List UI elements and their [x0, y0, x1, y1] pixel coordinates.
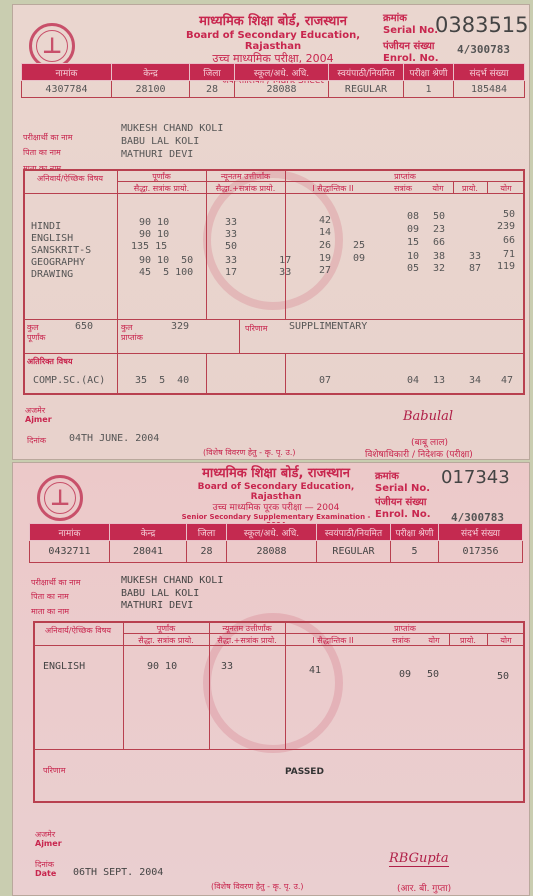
col-division: परीक्षा श्रेणी — [391, 524, 439, 541]
header-sessional: सत्रांक — [383, 183, 423, 194]
district-value: 28 — [187, 541, 227, 563]
mother-name-label: माता का नाम — [31, 606, 69, 617]
sessional-marks: 04 — [407, 375, 419, 386]
max-marks: 135 15 — [131, 241, 167, 252]
reference-value: 017356 — [439, 541, 523, 563]
grid-line — [239, 319, 240, 353]
max-marks: 35 5 40 — [135, 375, 189, 386]
header-min-sub: सैद्धा.+सत्रांक प्रायो. — [206, 183, 285, 194]
col-school: स्कूल/अधे. अधि. — [235, 64, 329, 81]
overleaf-note: (विशेष विवरण हेतु - कृ. पृ. उ.) — [211, 881, 304, 892]
serial-label: क्रमांक Serial No. — [375, 471, 430, 494]
candidate-name: MUKESH CHAND KOLI — [121, 575, 223, 586]
total-marks: 50 — [427, 669, 439, 680]
status-value: REGULAR — [317, 541, 391, 563]
mother-name: MATHURI DEVI — [121, 149, 193, 160]
candidate-header-table: नामांक केन्द्र जिला स्कूल/अधे. अधि. स्वय… — [29, 523, 523, 563]
header-practical: प्रायो. — [449, 635, 487, 646]
min-marks: 33 — [221, 661, 233, 672]
total-max-label: कुल पूर्णांक — [27, 323, 47, 342]
place-label: अजमेर Ajmer — [25, 407, 52, 425]
grid-line — [117, 319, 118, 353]
sessional-marks: 08 — [407, 211, 419, 222]
grand-total: 50 — [497, 671, 509, 682]
father-name-label: पिता का नाम — [23, 147, 61, 158]
header-max-marks: पूर्णांक — [117, 171, 206, 182]
subject-name: ENGLISH — [31, 233, 73, 244]
theory-marks-2: 25 — [353, 240, 365, 251]
subject-name: COMP.SC.(AC) — [33, 375, 105, 386]
header-min-pass: न्यूनतम उत्तीर्णांक — [206, 171, 285, 182]
theory-marks: 41 — [309, 665, 321, 676]
district-value: 28 — [190, 81, 235, 98]
min-marks: 33 — [225, 217, 237, 228]
roll-no-value: 4307784 — [22, 81, 112, 98]
min-marks: 50 — [225, 241, 237, 252]
header-max-marks: पूर्णांक — [123, 623, 209, 634]
candidate-name: MUKESH CHAND KOLI — [121, 123, 223, 134]
header-theory: I सैद्धान्तिक II — [293, 183, 373, 194]
header-total: योग — [419, 635, 449, 646]
max-marks: 45 5 100 — [139, 267, 193, 278]
grand-total: 239 — [497, 221, 515, 232]
theory-marks: 27 — [319, 265, 331, 276]
sessional-marks: 10 — [407, 251, 419, 262]
sessional-marks: 09 — [407, 224, 419, 235]
subject-name: ENGLISH — [43, 661, 85, 672]
signature: RBGupta — [389, 851, 449, 867]
theory-marks: 26 — [319, 240, 331, 251]
total-marks: 32 — [433, 263, 445, 274]
col-district: जिला — [187, 524, 227, 541]
board-name-hindi: माध्यमिक शिक्षा बोर्ड, राजस्थान — [163, 15, 383, 30]
header-theory: I सैद्धान्तिक II — [293, 635, 373, 646]
grand-total: 66 — [503, 235, 515, 246]
header-min-sub: सैद्धा.+सत्रांक प्रायो. — [209, 635, 285, 646]
division-value: 5 — [391, 541, 439, 563]
grand-total: 71 — [503, 249, 515, 260]
grid-line — [285, 169, 286, 319]
date-label-english: Date — [35, 870, 56, 879]
max-marks: 90 10 50 — [139, 255, 193, 266]
place-english: Ajmer — [35, 840, 62, 849]
col-status: स्वयंपाठी/नियमित — [329, 64, 404, 81]
serial-number: 017343 — [441, 467, 510, 488]
grand-total: 119 — [497, 261, 515, 272]
total-max-value: 650 — [75, 321, 93, 332]
serial-label-hindi: क्रमांक — [383, 13, 438, 25]
min-marks: 33 17 — [225, 255, 291, 266]
header-grand-total: योग — [487, 635, 525, 646]
sessional-marks: 05 — [407, 263, 419, 274]
header-obtained: प्राप्तांक — [285, 171, 525, 182]
header-practical: प्रायो. — [453, 183, 487, 194]
grid-line — [206, 353, 207, 395]
theory-marks: 19 — [319, 253, 331, 264]
header-sessional: सत्रांक — [383, 635, 419, 646]
col-centre: केन्द्र — [110, 524, 187, 541]
col-roll-no: नामांक — [30, 524, 110, 541]
grid-line — [23, 353, 525, 354]
place-english: Ajmer — [25, 416, 52, 425]
sessional-marks: 09 — [399, 669, 411, 680]
father-name: BABU LAL KOLI — [121, 588, 199, 599]
total-obtained-value: 329 — [171, 321, 189, 332]
status-value: REGULAR — [329, 81, 404, 98]
sessional-marks: 15 — [407, 237, 419, 248]
result-label: परिणाम — [245, 323, 268, 334]
signatory-title: विशेषाधिकारी / निदेशक (परीक्षा) — [365, 447, 473, 460]
school-value: 28088 — [235, 81, 329, 98]
header-max-sub: सैद्धा. सत्रांक प्रायो. — [123, 635, 209, 646]
exam-name-hindi: उच्च माध्यमिक पूरक परीक्षा — 2004 — [171, 503, 381, 513]
serial-label-english: Serial No. — [383, 25, 438, 37]
total-marks: 66 — [433, 237, 445, 248]
place-label: अजमेर Ajmer — [35, 831, 62, 849]
serial-number: 0383515 — [435, 13, 529, 37]
header-grand-total: योग — [487, 183, 525, 194]
reference-value: 185484 — [454, 81, 525, 98]
board-emblem-icon: ⊥ — [37, 475, 83, 521]
serial-label: क्रमांक Serial No. — [383, 13, 438, 36]
candidate-name-label: परीक्षार्थी का नाम — [23, 132, 72, 143]
mother-name: MATHURI DEVI — [121, 600, 193, 611]
candidate-header-table: नामांक केन्द्र जिला स्कूल/अधे. अधि. स्वय… — [21, 63, 525, 98]
issue-date: 04TH JUNE. 2004 — [69, 433, 159, 444]
marksheet-supplementary-exam: ⊥ माध्यमिक शिक्षा बोर्ड, राजस्थान Board … — [12, 462, 530, 896]
col-roll-no: नामांक — [22, 64, 112, 81]
max-marks: 90 10 — [147, 661, 177, 672]
subject-name: SANSKRIT-S — [31, 245, 91, 256]
practical-marks: 33 — [469, 251, 481, 262]
date-label: दिनांक — [27, 435, 46, 446]
school-value: 28088 — [227, 541, 317, 563]
total-obtained-label: कुल प्राप्तांक — [121, 323, 151, 342]
overleaf-note: (विशेष विवरण हेतु - कृ. पृ. उ.) — [203, 447, 296, 458]
col-reference: संदर्भ संख्या — [454, 64, 525, 81]
grand-total: 47 — [501, 375, 513, 386]
marks-table — [23, 169, 525, 395]
father-name-label: पिता का नाम — [31, 591, 69, 602]
grid-line — [285, 621, 286, 749]
board-name-english: Board of Secondary Education, Rajasthan — [171, 482, 381, 503]
result-value: SUPPLIMENTARY — [289, 321, 367, 332]
centre-value: 28100 — [112, 81, 190, 98]
date-label: दिनांक Date — [35, 861, 56, 879]
max-marks: 90 10 — [139, 229, 169, 240]
total-marks: 13 — [433, 375, 445, 386]
header-max-sub: सैद्धा. सत्रांक प्रायो. — [117, 183, 206, 194]
practical-marks: 87 — [469, 263, 481, 274]
grand-total: 50 — [503, 209, 515, 220]
enrol-label-hindi: पंजीयन संख्या — [375, 497, 431, 509]
min-marks: 17 33 — [225, 267, 291, 278]
result-value: PASSED — [285, 767, 324, 777]
theory-marks: 42 — [319, 215, 331, 226]
col-division: परीक्षा श्रेणी — [404, 64, 454, 81]
subject-name: GEOGRAPHY — [31, 257, 85, 268]
board-name-english: Board of Secondary Education, Rajasthan — [163, 30, 383, 53]
board-name-hindi: माध्यमिक शिक्षा बोर्ड, राजस्थान — [171, 467, 381, 482]
marks-table — [33, 621, 525, 803]
enrol-label-english: Enrol. No. — [375, 509, 431, 521]
col-reference: संदर्भ संख्या — [439, 524, 523, 541]
total-marks: 38 — [433, 251, 445, 262]
enrol-label-hindi: पंजीयन संख्या — [383, 41, 439, 53]
roll-no-value: 0432711 — [30, 541, 110, 563]
header-subject: अनिवार्य/ऐच्छिक विषय — [25, 173, 115, 184]
signatory-name: (आर. बी. गुप्ता) — [397, 881, 451, 894]
theory-marks: 07 — [319, 375, 331, 386]
serial-label-hindi: क्रमांक — [375, 471, 430, 483]
theory-marks-2: 09 — [353, 253, 365, 264]
theory-marks: 14 — [319, 227, 331, 238]
grid-line — [33, 749, 525, 750]
enrol-number: 4/300783 — [457, 43, 510, 56]
total-marks: 23 — [433, 224, 445, 235]
enrol-label: पंजीयन संख्या Enrol. No. — [375, 497, 431, 520]
col-status: स्वयंपाठी/नियमित — [317, 524, 391, 541]
issue-date: 06TH SEPT. 2004 — [73, 867, 163, 878]
col-centre: केन्द्र — [112, 64, 190, 81]
additional-subject-label: अतिरिक्त विषय — [27, 356, 73, 367]
candidate-name-label: परीक्षार्थी का नाम — [31, 577, 80, 588]
centre-value: 28041 — [110, 541, 187, 563]
header-subject: अनिवार्य/ऐच्छिक विषय — [35, 625, 121, 636]
grid-line — [285, 353, 286, 395]
header-obtained: प्राप्तांक — [285, 623, 525, 634]
col-school: स्कूल/अधे. अधि. — [227, 524, 317, 541]
header-total: योग — [423, 183, 453, 194]
min-marks: 33 — [225, 229, 237, 240]
grid-line — [23, 319, 525, 320]
marksheet-main-exam: ⊥ माध्यमिक शिक्षा बोर्ड, राजस्थान Board … — [12, 4, 530, 460]
col-district: जिला — [190, 64, 235, 81]
subject-name: DRAWING — [31, 269, 73, 280]
signature: Babulal — [403, 409, 453, 424]
father-name: BABU LAL KOLI — [121, 136, 199, 147]
result-label: परिणाम — [43, 765, 66, 776]
grid-line — [117, 353, 118, 395]
division-value: 1 — [404, 81, 454, 98]
practical-marks: 34 — [469, 375, 481, 386]
enrol-label: पंजीयन संख्या Enrol. No. — [383, 41, 439, 64]
max-marks: 90 10 — [139, 217, 169, 228]
subject-name: HINDI — [31, 221, 61, 232]
total-marks: 50 — [433, 211, 445, 222]
header-min-pass: न्यूनतम उत्तीर्णांक — [209, 623, 285, 634]
serial-label-english: Serial No. — [375, 483, 430, 495]
